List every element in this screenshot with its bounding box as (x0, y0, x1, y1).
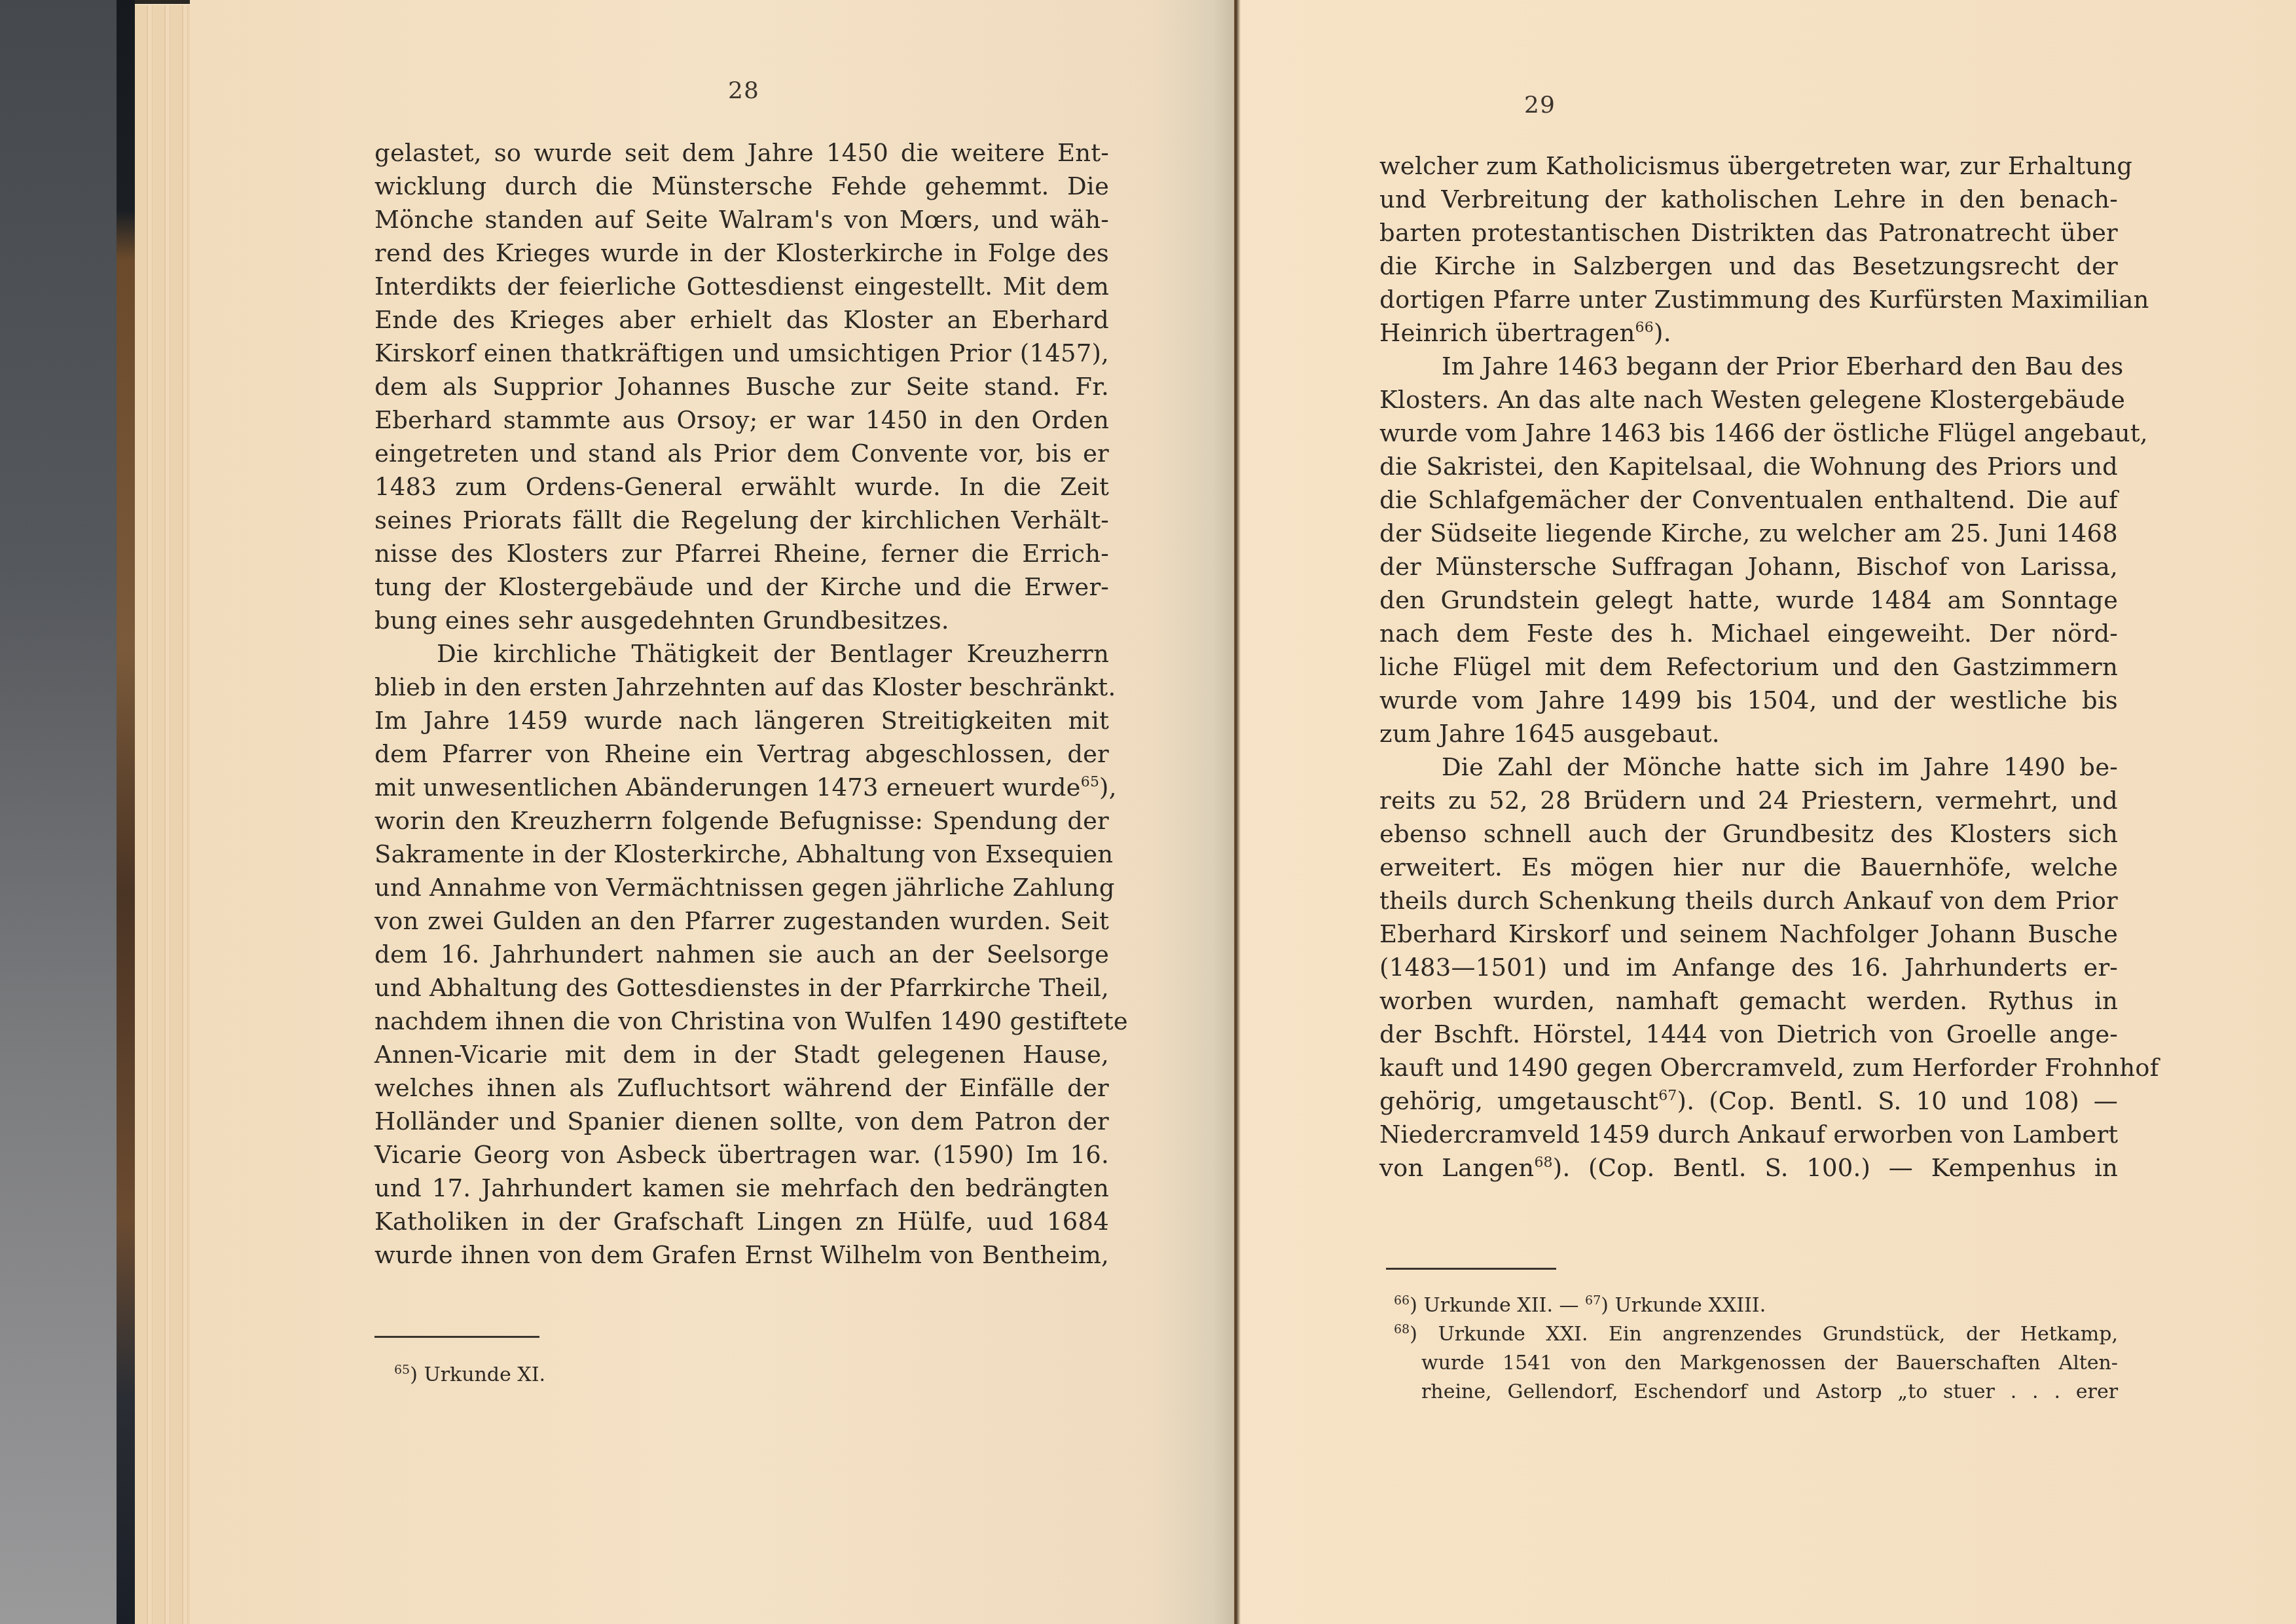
text-line: dem 16. Jahrhundert nahmen sie auch an d… (374, 938, 1109, 971)
line-text: mit unwesentlichen Abänderungen 1473 ern… (374, 773, 1081, 802)
line-text: gehörig, umgetauscht (1379, 1087, 1658, 1115)
footnote-rule (1386, 1268, 1556, 1270)
line-text-after: ). (Cop. Bentl. S. 100.) — Kempenhus in (1553, 1154, 2118, 1182)
text-line: die Schlafgemächer der Conventualen enth… (1379, 483, 2118, 517)
text-line: und Abhaltung des Gottesdienstes in der … (374, 971, 1109, 1005)
text-line: der Südseite liegende Kirche, zu welcher… (1379, 517, 2118, 550)
text-line: eingetreten und stand als Prior dem Conv… (374, 437, 1109, 470)
text-line: welcher zum Katholicismus übergetreten w… (1379, 149, 2118, 183)
footnote-marker: 65 (394, 1363, 410, 1377)
footnote-text: ) Urkunde XI. (410, 1363, 545, 1386)
text-line: zum Jahre 1645 ausgebaut. (1379, 717, 2118, 750)
text-line: ebenso schnell auch der Grundbesitz des … (1379, 817, 2118, 851)
footnote-ref-68[interactable]: 68 (1534, 1154, 1552, 1171)
text-line-with-footnote-ref: gehörig, umgetauscht67). (Cop. Bentl. S.… (1379, 1084, 2118, 1118)
text-line: Vicarie Georg von Asbeck übertragen war.… (374, 1138, 1109, 1172)
text-line: nach dem Feste des h. Michael eingeweiht… (1379, 617, 2118, 650)
footnote-ref-65[interactable]: 65 (1081, 774, 1099, 790)
text-line: Eberhard Kirskorf und seinem Nachfolger … (1379, 917, 2118, 951)
text-line: die Sakristei, den Kapitelsaal, die Wohn… (1379, 450, 2118, 483)
right-page: 29 welcher zum Katholicismus übergetrete… (1234, 0, 2296, 1624)
text-line-with-footnote-ref: von Langen68). (Cop. Bentl. S. 100.) — K… (1379, 1151, 2118, 1185)
text-line: nachdem ihnen die von Christina von Wulf… (374, 1005, 1109, 1038)
page-stack-edges (135, 5, 190, 1624)
page-number-right: 29 (1524, 92, 1556, 119)
text-line: Klosters. An das alte nach Westen gelege… (1379, 383, 2118, 416)
footnote-marker: 68 (1394, 1322, 1410, 1337)
text-line: rend des Krieges wurde in der Klosterkir… (374, 236, 1109, 270)
left-page: 28 gelastet, so wurde seit dem Jahre 145… (190, 0, 1234, 1624)
text-line: dem Pfarrer von Rheine ein Vertrag abges… (374, 737, 1109, 771)
line-text-after: ). (1654, 319, 1671, 347)
text-line: den Grundstein gelegt hatte, wurde 1484 … (1379, 583, 2118, 617)
line-text: Heinrich übertragen (1379, 319, 1635, 347)
footnote-65: 65) Urkunde XI. (374, 1361, 1109, 1390)
text-line: Sakramente in der Klosterkirche, Abhaltu… (374, 838, 1109, 871)
footnote-66-67: 66) Urkunde XII. — 67) Urkunde XXIII. (1386, 1291, 2118, 1320)
paragraph-start-line: Die kirchliche Thätigkeit der Bentlager … (374, 637, 1109, 671)
line-text-after: ). (Cop. Bentl. S. 10 und 108) — (1677, 1087, 2118, 1115)
paragraph-start-line: Im Jahre 1463 begann der Prior Eberhard … (1379, 350, 2118, 383)
text-line: 1483 zum Ordens-General erwählt wurde. I… (374, 470, 1109, 504)
text-line: tung der Klostergebäude und der Kirche u… (374, 570, 1109, 604)
text-line: dem als Supprior Johannes Busche zur Sei… (374, 370, 1109, 403)
paragraph-start-line: Die Zahl der Mönche hatte sich im Jahre … (1379, 750, 2118, 784)
footnote-68-continuation: rheine, Gellendorf, Eschendorf und Astor… (1386, 1378, 2118, 1407)
text-line: welches ihnen als Zufluchtsort während d… (374, 1071, 1109, 1105)
footnote-68: 68) Urkunde XXI. Ein angrenzendes Grunds… (1386, 1320, 2118, 1349)
text-line: Katholiken in der Grafschaft Lingen zn H… (374, 1205, 1109, 1238)
footnote-text: ) Urkunde XXI. Ein angrenzendes Grundstü… (1410, 1323, 2118, 1346)
text-line: wurde vom Jahre 1463 bis 1466 der östlic… (1379, 416, 2118, 450)
text-line: (1483—1501) und im Anfange des 16. Jahrh… (1379, 951, 2118, 984)
text-line: worben wurden, namhaft gemacht werden. R… (1379, 984, 2118, 1018)
text-line: wurde vom Jahre 1499 bis 1504, und der w… (1379, 684, 2118, 717)
text-line: wurde ihnen von dem Grafen Ernst Wilhelm… (374, 1238, 1109, 1272)
text-line: gelastet, so wurde seit dem Jahre 1450 d… (374, 136, 1109, 170)
text-line: Im Jahre 1459 wurde nach längeren Streit… (374, 704, 1109, 737)
text-line: der Münstersche Suffragan Johann, Bischo… (1379, 550, 2118, 583)
text-line-with-footnote-ref: mit unwesentlichen Abänderungen 1473 ern… (374, 771, 1109, 804)
text-line: Holländer und Spanier dienen sollte, von… (374, 1105, 1109, 1138)
text-line-with-footnote-ref: Heinrich übertragen66). (1379, 316, 2118, 350)
text-line: die Kirche in Salzbergen und das Besetzu… (1379, 249, 2118, 283)
scanner-background (0, 0, 117, 1624)
footnote-ref-67[interactable]: 67 (1658, 1088, 1677, 1104)
text-line: bung eines sehr ausgedehnten Grundbesitz… (374, 604, 1109, 637)
text-line: und Annahme von Vermächtnissen gegen jäh… (374, 871, 1109, 904)
text-line: seines Priorats fällt die Regelung der k… (374, 504, 1109, 537)
footnote-marker: 67 (1585, 1293, 1601, 1308)
right-footnotes: 66) Urkunde XII. — 67) Urkunde XXIII. 68… (1386, 1291, 2118, 1407)
text-line: dortigen Pfarre unter Zustimmung des Kur… (1379, 283, 2118, 316)
footnote-text: ) Urkunde XII. — (1410, 1294, 1585, 1317)
text-line: barten protestantischen Distrikten das P… (1379, 216, 2118, 249)
text-line: nisse des Klosters zur Pfarrei Rheine, f… (374, 537, 1109, 570)
book-binding (117, 0, 135, 1624)
line-text: von Langen (1379, 1154, 1534, 1182)
text-line: Interdikts der feierliche Gottesdienst e… (374, 270, 1109, 303)
text-line: theils durch Schenkung theils durch Anka… (1379, 884, 2118, 917)
text-line: Annen-Vicarie mit dem in der Stadt geleg… (374, 1038, 1109, 1071)
line-text-after: ), (1099, 773, 1117, 802)
right-page-body: welcher zum Katholicismus übergetreten w… (1379, 149, 2118, 1185)
text-line: reits zu 52, 28 Brüdern und 24 Priestern… (1379, 784, 2118, 817)
text-line: worin den Kreuzherrn folgende Befugnisse… (374, 804, 1109, 838)
text-line: und 17. Jahrhundert kamen sie mehrfach d… (374, 1172, 1109, 1205)
text-line: wicklung durch die Münstersche Fehde geh… (374, 170, 1109, 203)
footnote-ref-66[interactable]: 66 (1635, 320, 1654, 336)
text-line: und Verbreitung der katholischen Lehre i… (1379, 183, 2118, 216)
page-number-left: 28 (728, 77, 759, 104)
text-line: erweitert. Es mögen hier nur die Bauernh… (1379, 851, 2118, 884)
text-line: Kirskorf einen thatkräftigen und umsicht… (374, 337, 1109, 370)
text-line: Niedercramveld 1459 durch Ankauf erworbe… (1379, 1118, 2118, 1151)
left-footnotes: 65) Urkunde XI. (374, 1361, 1109, 1390)
text-line: der Bschft. Hörstel, 1444 von Dietrich v… (1379, 1018, 2118, 1051)
text-line: liche Flügel mit dem Refectorium und den… (1379, 650, 2118, 684)
text-line: von zwei Gulden an den Pfarrer zugestand… (374, 904, 1109, 938)
left-page-body: gelastet, so wurde seit dem Jahre 1450 d… (374, 136, 1109, 1272)
footnote-rule (374, 1336, 539, 1338)
footnote-marker: 66 (1394, 1293, 1410, 1308)
footnote-68-continuation: wurde 1541 von den Markgenossen der Baue… (1386, 1349, 2118, 1378)
text-line: Eberhard stammte aus Orsoy; er war 1450 … (374, 403, 1109, 437)
footnote-text: ) Urkunde XXIII. (1601, 1294, 1766, 1317)
text-line: blieb in den ersten Jahrzehnten auf das … (374, 671, 1109, 704)
text-line: Ende des Krieges aber erhielt das Kloste… (374, 303, 1109, 337)
text-line: kauft und 1490 gegen Obercramveld, zum H… (1379, 1051, 2118, 1084)
text-line: Mönche standen auf Seite Walram's von Mœ… (374, 203, 1109, 236)
